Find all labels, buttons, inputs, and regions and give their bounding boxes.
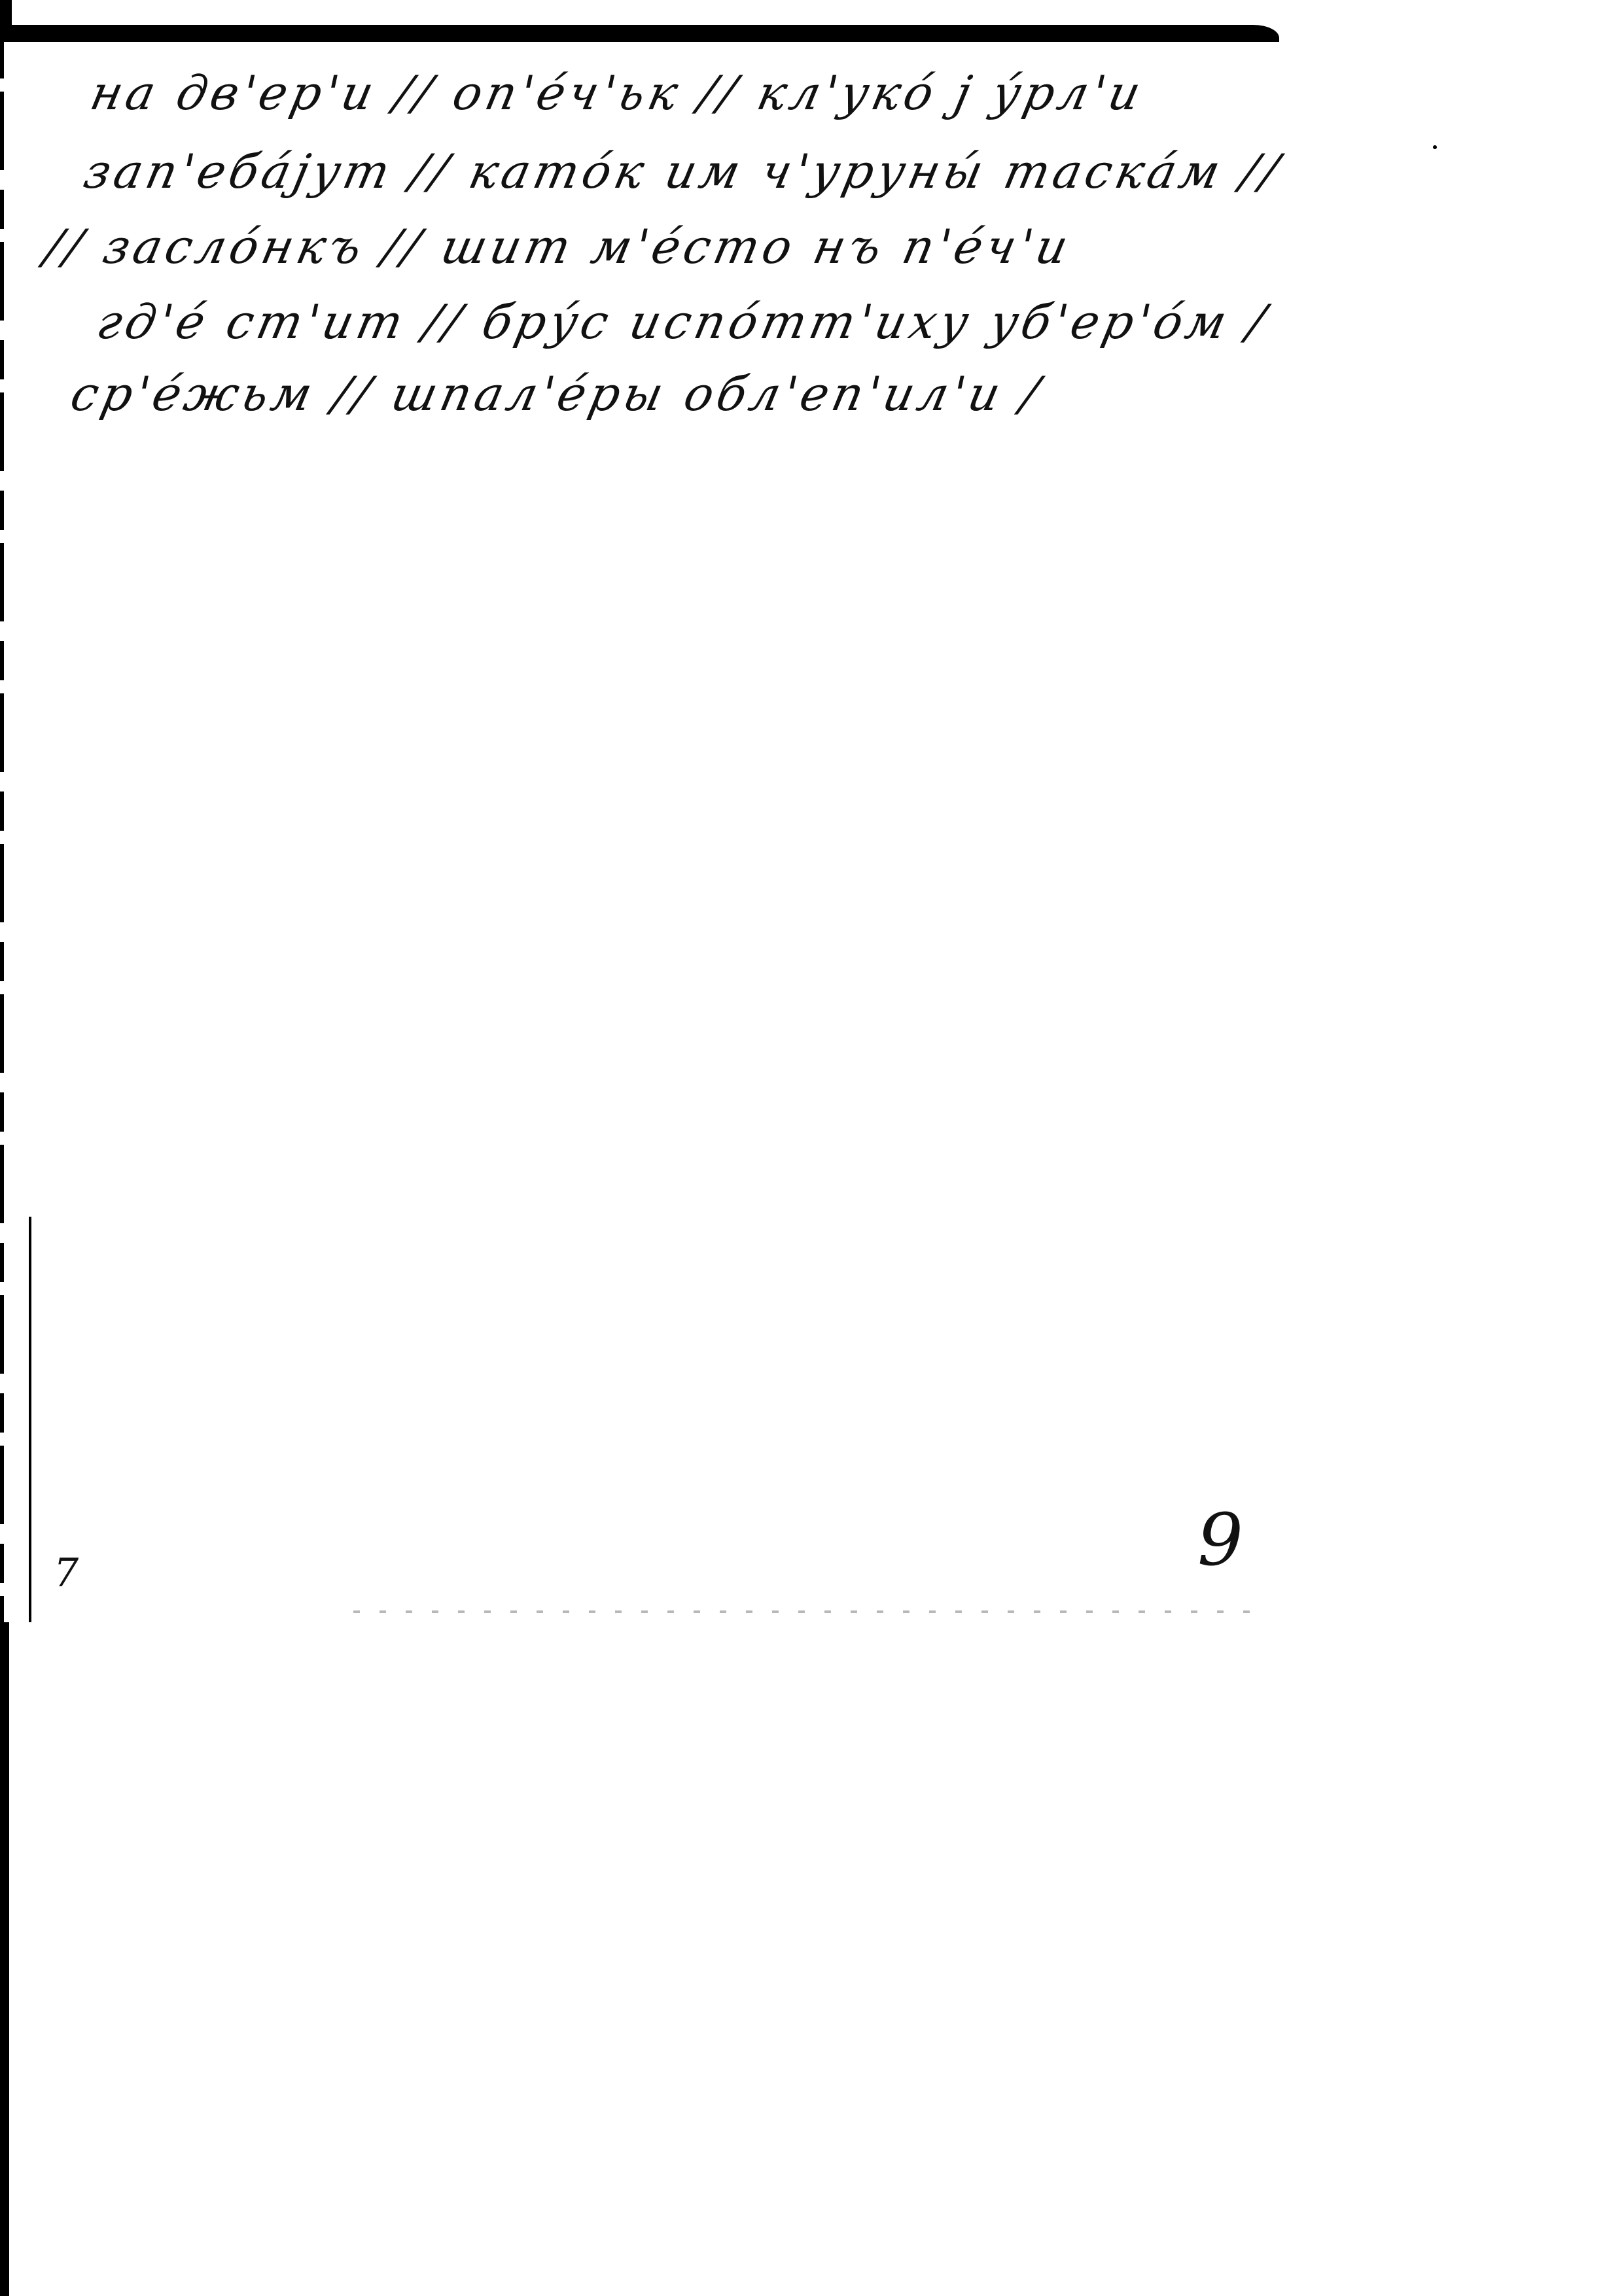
handwritten-line-1: на дв'ер'и // оп'е́ч'ьк // кл'укó ј у́рл… <box>86 65 1149 120</box>
handwritten-line-3: // засло́нкъ // шит м'е́сто нъ п'е́ч'и <box>40 219 1076 274</box>
handwritten-line-4: гд'е́ ст'ит // бру́с испо́тт'иху уб'ер'ó… <box>92 294 1274 349</box>
scan-border-left <box>0 39 4 1622</box>
scanned-page: на дв'ер'и // оп'е́ч'ьк // кл'укó ј у́рл… <box>0 0 1607 2296</box>
handwritten-line-5: ср'е́жьм // шпал'е́ры обл'еп'ил'и / <box>66 366 1048 421</box>
page-number-left: 7 <box>54 1550 79 1596</box>
scan-speck <box>1433 145 1437 149</box>
handwritten-line-2: зап'ебáјут // катóк им ч'уруны́ таска́м … <box>79 144 1287 199</box>
page-number-right: 9 <box>1197 1498 1243 1582</box>
scan-border-top <box>0 25 1279 42</box>
margin-line <box>29 1217 31 1622</box>
scan-border-left-bottom <box>0 1622 9 2296</box>
scan-artifact-line <box>353 1610 1256 1613</box>
